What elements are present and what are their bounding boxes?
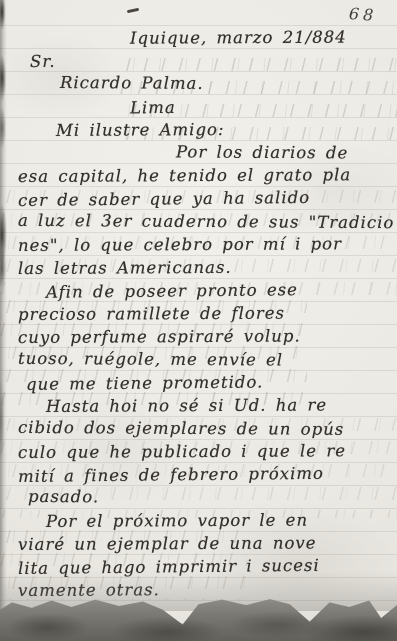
handwritten-line: Lima xyxy=(130,94,389,120)
handwritten-line: culo que he publicado i que le re xyxy=(18,439,389,464)
handwritten-line: Hasta hoi no sé si Ud. ha re xyxy=(46,393,389,418)
page-number: 68 xyxy=(348,4,378,25)
handwritten-line: nes", lo que celebro por mí i por xyxy=(18,232,389,257)
handwritten-line: cibido dos ejemplares de un opús xyxy=(18,416,389,441)
handwritten-line: cuyo perfume aspiraré volup. xyxy=(18,324,389,349)
handwritten-line: Ricardo Palma. xyxy=(60,71,389,96)
binding-edge xyxy=(0,0,7,641)
handwritten-line: Iquique, marzo 21/884 xyxy=(130,25,389,49)
handwritten-line: las letras Americanas. xyxy=(18,255,389,280)
handwritten-line: mití a fines de febrero próximo xyxy=(18,461,389,488)
handwritten-line: esa capital, he tenido el grato pla xyxy=(18,163,389,188)
handwritten-line: precioso ramillete de flores xyxy=(18,301,389,326)
handwritten-line: Por los diarios de xyxy=(176,140,389,164)
handwritten-line: viaré un ejemplar de una nove xyxy=(18,531,389,556)
handwritten-line: Mi ilustre Amigo: xyxy=(56,117,389,142)
handwritten-line: que me tiene prometido. xyxy=(26,369,389,396)
handwritten-line: Por el próximo vapor le en xyxy=(46,508,389,533)
handwritten-line: tuoso, ruégole, me envíe el xyxy=(18,347,389,372)
handwritten-line: pasado. xyxy=(28,485,389,510)
handwritten-line: cer de saber que ya ha salido xyxy=(18,185,389,212)
handwritten-line: a luz el 3er cuaderno de sus "Tradicio xyxy=(18,209,389,234)
letter-body: Iquique, marzo 21/884Sr.Ricardo Palma.Li… xyxy=(18,26,389,601)
letter-page: 68 Iquique, marzo 21/884Sr.Ricardo Palma… xyxy=(0,0,397,641)
handwritten-line: Afin de poseer pronto ese xyxy=(46,277,389,304)
handwritten-line: Sr. xyxy=(30,48,389,73)
